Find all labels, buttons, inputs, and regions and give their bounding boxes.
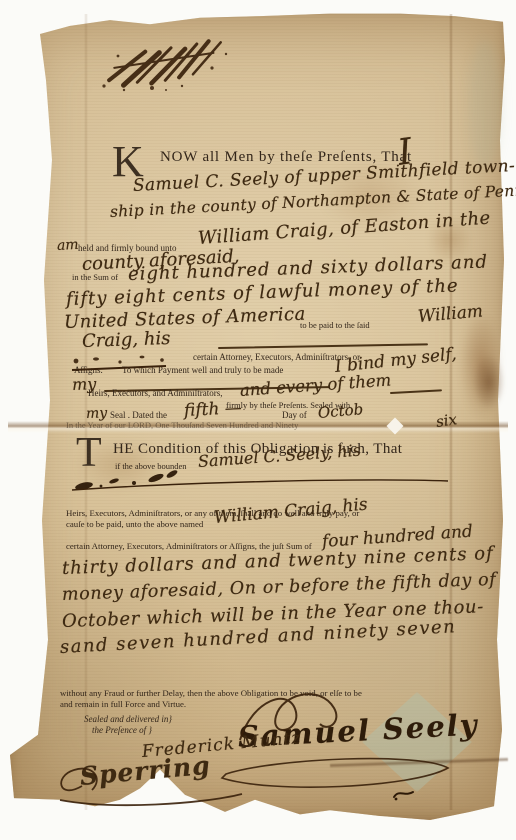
scribble-long-rule [68,466,453,498]
ink-mark [392,786,416,802]
witness2-flourish [52,756,252,808]
print-witness-line1: Sealed and delivered in} [84,714,172,724]
print-seal-dated: Seal . Dated the [110,410,167,420]
print-witness-line2: the Preſence of } [92,725,152,735]
print-paid-to: to be paid to the ſaid [300,320,370,330]
ink-blot-scribble [94,30,244,94]
scribble-mark [68,352,178,374]
print-attorney-sum: certain Attorney, Executors, Adminiſtrat… [66,541,312,551]
hw-am: am [57,237,79,254]
document-photo: K NOW all Men by theſe Preſents, That I … [0,0,516,840]
print-year-line: In the Year of our LORD, One Thouſand Se… [66,420,298,430]
print-heirs-line2: cauſe to be paid, unto the above named [66,519,203,529]
hw-my-seal: my [86,405,108,422]
hw-year: six [435,410,458,431]
hw-date-day: fifth — [183,398,242,421]
print-day-of: Day of [282,410,307,420]
hw-paid-to2: Craig, his [82,328,171,352]
print-heirs: Heirs, Executors, and Adminiſtrators, [88,388,222,398]
hw-my: my [72,374,97,394]
print-void-line2: and remain in full Force and Virtue. [60,699,186,709]
